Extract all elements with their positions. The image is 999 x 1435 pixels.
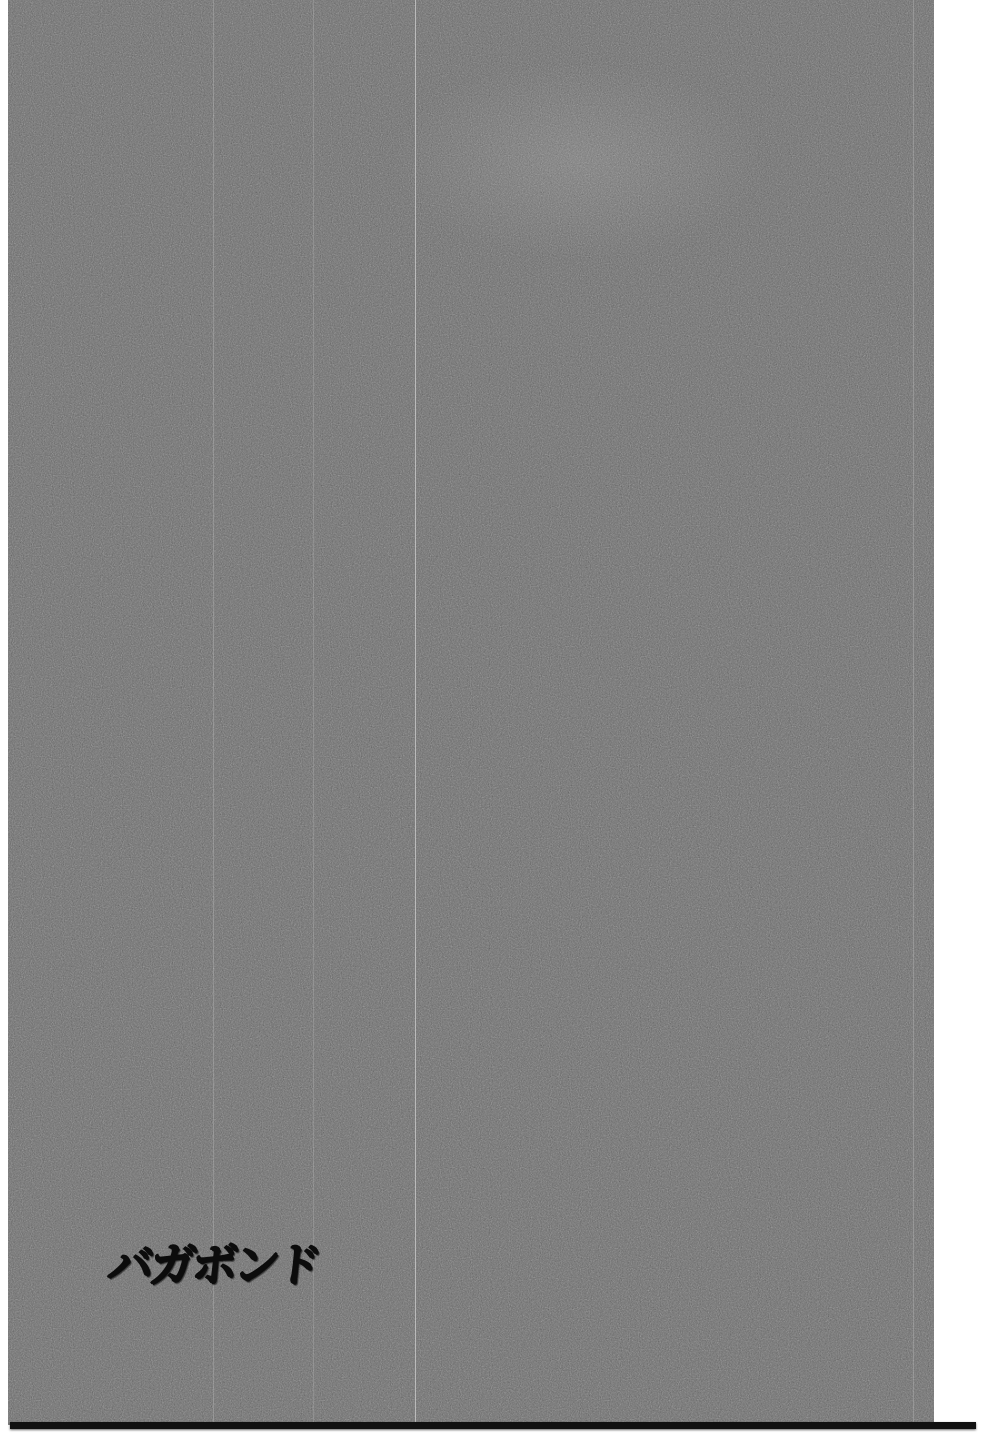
light-glare [388, 60, 768, 260]
vagabond-logo: バガボンド [108, 1225, 348, 1305]
fold-line [913, 0, 914, 1425]
logo-text: バガボンド [104, 1225, 352, 1305]
fold-line [415, 0, 416, 1425]
fold-line [313, 0, 314, 1425]
book-cover: バガボンド [8, 0, 934, 1425]
fold-line [213, 0, 214, 1425]
bottom-edge-bar [10, 1422, 976, 1429]
